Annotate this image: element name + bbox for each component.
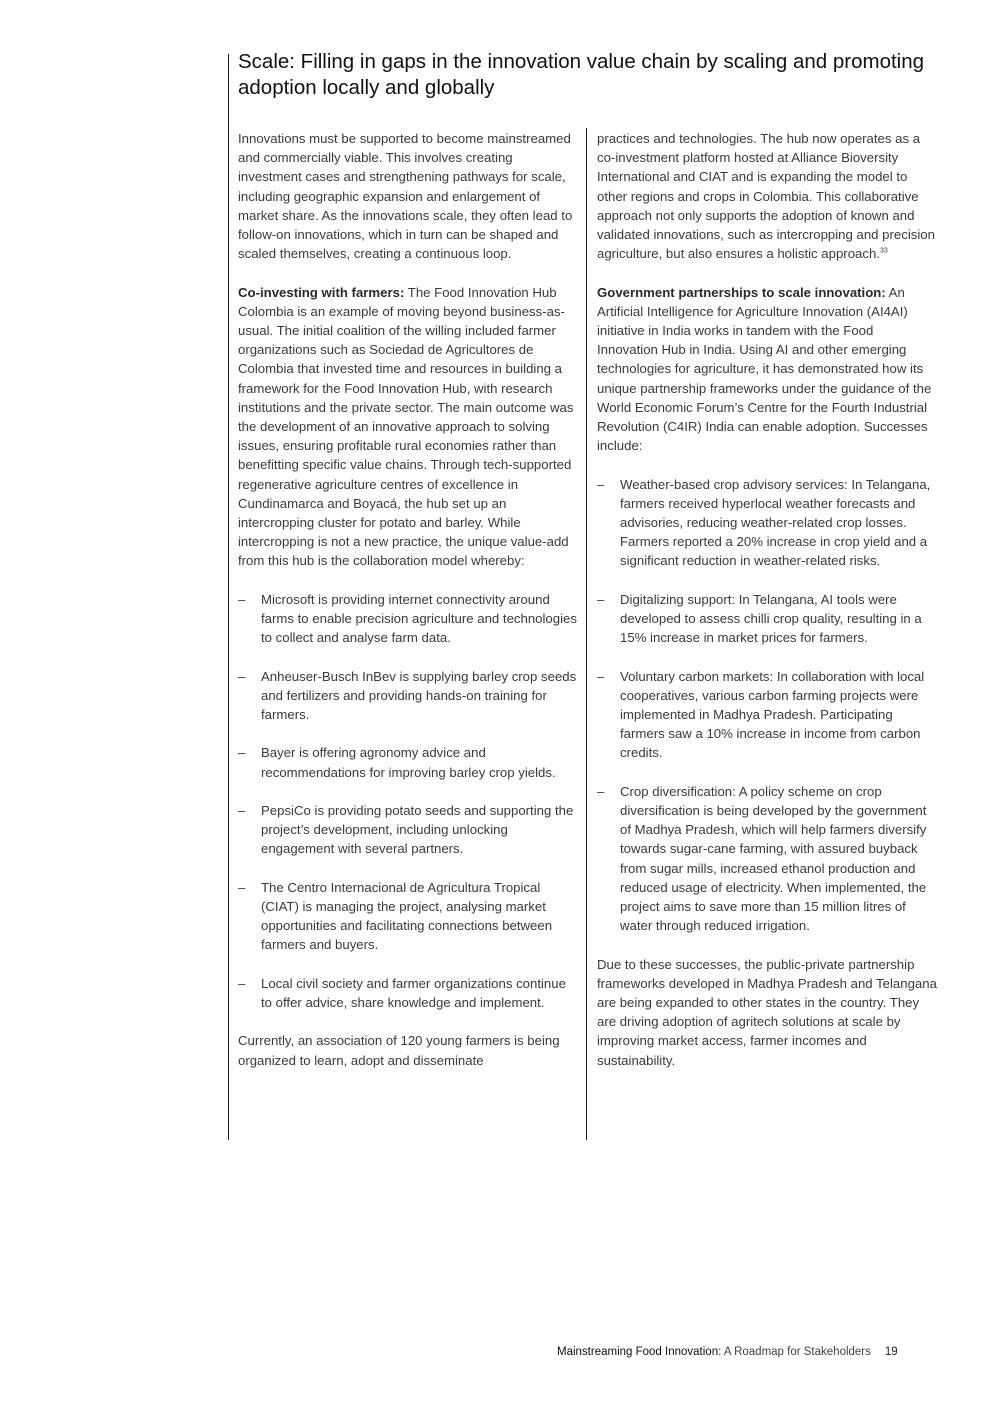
government-text: An Artificial Intelligence for Agricultu… xyxy=(597,285,931,454)
list-item: –The Centro Internacional de Agricultura… xyxy=(238,878,578,955)
closing-paragraph: Due to these successes, the public-priva… xyxy=(597,955,937,1070)
dash-icon: – xyxy=(597,667,604,686)
government-label: Government partnerships to scale innovat… xyxy=(597,285,886,300)
closing-paragraph: Currently, an association of 120 young f… xyxy=(238,1031,578,1069)
government-paragraph: Government partnerships to scale innovat… xyxy=(597,283,937,456)
list-item-text: Crop diversification: A policy scheme on… xyxy=(620,784,926,933)
list-item-text: PepsiCo is providing potato seeds and su… xyxy=(261,803,573,856)
dash-icon: – xyxy=(238,590,245,609)
dash-icon: – xyxy=(238,667,245,686)
list-item: –PepsiCo is providing potato seeds and s… xyxy=(238,801,578,859)
list-item-text: The Centro Internacional de Agricultura … xyxy=(261,880,552,953)
list-item-text: Digitalizing support: In Telangana, AI t… xyxy=(620,592,922,645)
list-item-text: Anheuser-Busch InBev is supplying barley… xyxy=(261,669,576,722)
list-item: –Anheuser-Busch InBev is supplying barle… xyxy=(238,667,578,725)
dash-icon: – xyxy=(238,878,245,897)
list-item: –Digitalizing support: In Telangana, AI … xyxy=(597,590,937,648)
column-divider xyxy=(586,128,587,1140)
continuation-text: practices and technologies. The hub now … xyxy=(597,131,935,261)
right-column: practices and technologies. The hub now … xyxy=(597,129,937,1070)
list-item-text: Weather-based crop advisory services: In… xyxy=(620,477,930,569)
footnote-ref: 33 xyxy=(880,248,888,255)
page-title: Scale: Filling in gaps in the innovation… xyxy=(238,49,938,101)
list-item: –Microsoft is providing internet connect… xyxy=(238,590,578,648)
list-item-text: Voluntary carbon markets: In collaborati… xyxy=(620,669,924,761)
list-item-text: Bayer is offering agronomy advice and re… xyxy=(261,745,556,779)
dash-icon: – xyxy=(597,475,604,494)
page-footer: Mainstreaming Food Innovation: A Roadmap… xyxy=(557,1346,898,1358)
coinvest-text: The Food Innovation Hub Colombia is an e… xyxy=(238,285,573,569)
page-number: 19 xyxy=(885,1346,898,1358)
list-item: –Voluntary carbon markets: In collaborat… xyxy=(597,667,937,763)
dash-icon: – xyxy=(597,782,604,801)
heading-rule xyxy=(228,54,229,1140)
footer-report-subtitle: A Roadmap for Stakeholders xyxy=(721,1346,871,1358)
dash-icon: – xyxy=(238,743,245,762)
intro-paragraph: Innovations must be supported to become … xyxy=(238,129,578,263)
continuation-paragraph: practices and technologies. The hub now … xyxy=(597,129,937,263)
footer-report-title: Mainstreaming Food Innovation: xyxy=(557,1346,721,1358)
coinvest-label: Co-investing with farmers: xyxy=(238,285,404,300)
dash-icon: – xyxy=(597,590,604,609)
list-item: –Bayer is offering agronomy advice and r… xyxy=(238,743,578,781)
coinvest-paragraph: Co-investing with farmers: The Food Inno… xyxy=(238,283,578,571)
list-item-text: Microsoft is providing internet connecti… xyxy=(261,592,577,645)
list-item: –Local civil society and farmer organiza… xyxy=(238,974,578,1012)
list-item-text: Local civil society and farmer organizat… xyxy=(261,976,566,1010)
dash-icon: – xyxy=(238,974,245,993)
left-column: Innovations must be supported to become … xyxy=(238,129,578,1070)
dash-icon: – xyxy=(238,801,245,820)
list-item: –Crop diversification: A policy scheme o… xyxy=(597,782,937,936)
list-item: –Weather-based crop advisory services: I… xyxy=(597,475,937,571)
